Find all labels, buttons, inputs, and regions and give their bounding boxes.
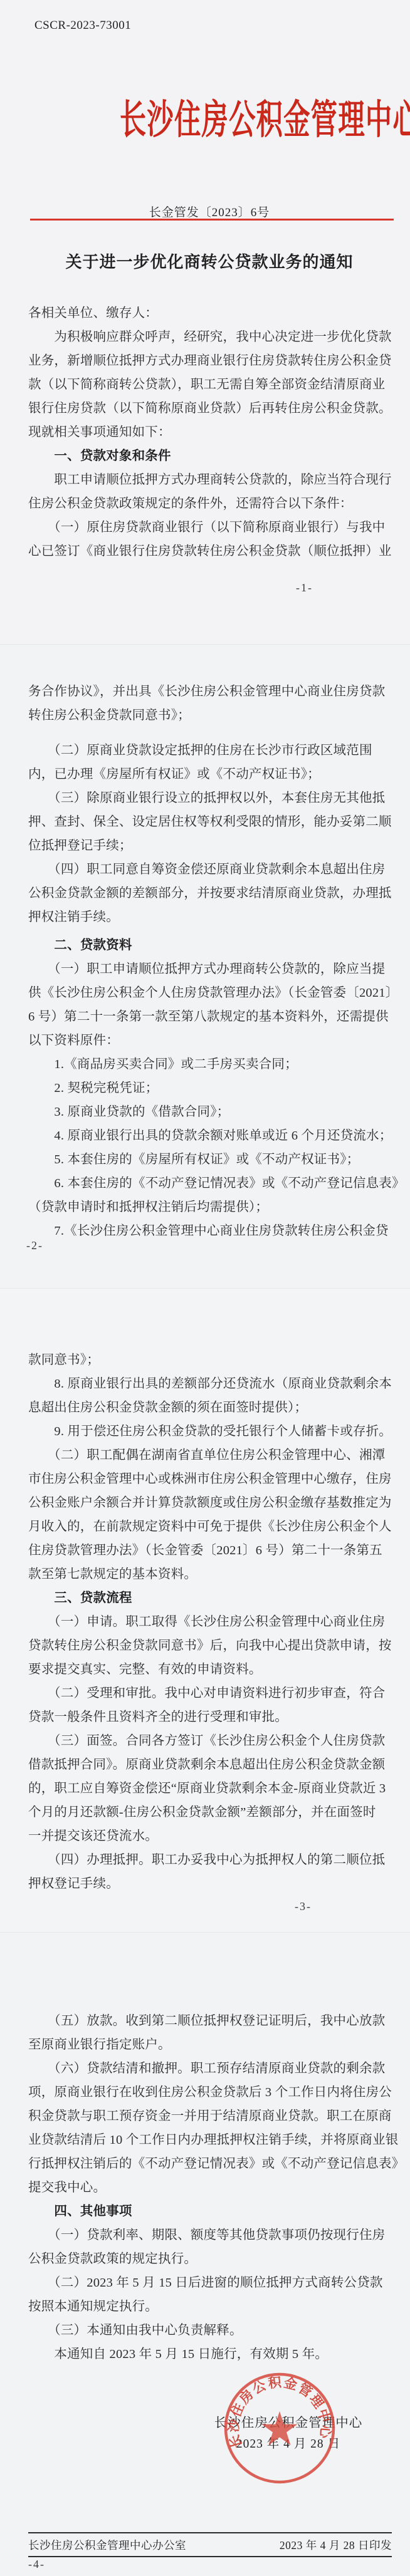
page-number-2: -2- — [26, 1239, 43, 1252]
scanned-official-document: CSCR-2023-73001 长沙住房公积金管理中心文件 长金管发〔2023〕… — [0, 0, 410, 2576]
body-line: 住房公积金贷款政策规定的条件外，还需符合以下条件： — [28, 492, 395, 516]
body-line: 要求提交真实、完整、有效的申请资料。 — [28, 1658, 395, 1681]
page-2: 务合作协议》，并出具《长沙住房公积金管理中心商业住房贷款 转住房公积金贷款同意书… — [0, 644, 410, 1289]
red-divider-rule — [30, 219, 394, 221]
body-line: 积金贷款与职工预存资金一并用于结清原商业贷款。职工在原商 — [28, 2104, 395, 2128]
body-line: 至原商业银行指定账户。 — [28, 2033, 395, 2057]
signing-date: 2023 年 4 月 28 日 — [188, 2434, 389, 2455]
body-line: 押权注销手续。 — [28, 905, 395, 929]
body-line: 个月的月还款额-住房公积金贷款金额”差额部分，并在面签时 — [28, 1800, 395, 1824]
doc-number: 长金管发〔2023〕6号 — [28, 203, 391, 220]
body-line: 按照本通知规定执行。 — [28, 2295, 395, 2319]
section-heading-4: 四、其他事项 — [28, 2199, 395, 2223]
body-line: （四）办理抵押。职工办妥我中心为抵押权人的第二顺位抵 — [28, 1848, 395, 1872]
body-line: 公积金账户余额合并计算贷款额度或住房公积金缴存基数推定为 — [28, 1491, 395, 1515]
body-line: 6 号）第二十一条第一款至第八款规定的基本资料外，还需提供 — [28, 1005, 395, 1029]
section-heading-1: 一、贷款对象和条件 — [28, 444, 395, 468]
body-line: 贷款转住房公积金贷款同意书》后，向我中心提出贷款申请，按 — [28, 1634, 395, 1658]
footer-rule-bottom — [28, 2556, 392, 2557]
body-line: （一）申请。职工取得《长沙住房公积金管理中心商业住房 — [28, 1610, 395, 1634]
section-heading-2: 二、贷款资料 — [28, 933, 395, 957]
signing-org: 长沙住房公积金管理中心 — [188, 2412, 389, 2434]
list-item: 2. 契税完税凭证； — [28, 1076, 395, 1100]
body-line: 为积极响应群众呼声，经研究，我中心决定进一步优化贷款 — [28, 325, 395, 349]
list-item: 7.《长沙住房公积金管理中心商业住房贷款转住房公积金贷 — [28, 1219, 395, 1243]
body-line: （三）本通知由我中心负责解释。 — [28, 2319, 395, 2342]
page-4-body: （五）放款。收到第二顺位抵押权登记证明后，我中心放款 至原商业银行指定账户。 （… — [28, 2009, 395, 2366]
body-line: 职工申请顺位抵押方式办理商转公贷款的，除应当符合现行 — [28, 468, 395, 492]
body-line: 息超出住房公积金贷款金额的须在面签时提供）； — [28, 1396, 395, 1420]
body-line: 业贷款结清后 10 个工作日内办理抵押权注销手续，并将原商业银 — [28, 2128, 395, 2152]
body-line: （二）职工配偶在湖南省直单位住房公积金管理中心、湘潭 — [28, 1443, 395, 1467]
body-line: 行抵押权注销后的《不动产登记情况表》或《不动产登记信息表》 — [28, 2152, 395, 2176]
body-line: 务合作协议》，并出具《长沙住房公积金管理中心商业住房贷款 — [28, 680, 395, 704]
page-2-body: 务合作协议》，并出具《长沙住房公积金管理中心商业住房贷款 转住房公积金贷款同意书… — [28, 680, 395, 1243]
page-number-1: -1- — [296, 581, 313, 595]
body-line: 位抵押登记手续； — [28, 834, 395, 858]
body-line: 押、查封、保全、设定居住权等权利受限的情形，能办妥第二顺 — [28, 810, 395, 834]
body-line: （五）放款。收到第二顺位抵押权登记证明后，我中心放款 — [28, 2009, 395, 2033]
list-item: 8. 原商业银行出具的差额部分还贷流水（原商业贷款剩余本 — [28, 1372, 395, 1396]
footer-office: 长沙住房公积金管理中心办公室 — [28, 2535, 186, 2555]
body-line: 公积金贷款政策的规定执行。 — [28, 2247, 395, 2271]
body-line: （一）原住房贷款商业银行（以下简称原商业银行）与我中 — [28, 516, 395, 539]
page-3: 款同意书》； 8. 原商业银行出具的差额部分还贷流水（原商业贷款剩余本 息超出住… — [0, 1288, 410, 1933]
page-1: CSCR-2023-73001 长沙住房公积金管理中心文件 长金管发〔2023〕… — [0, 0, 410, 644]
body-line: 银行住房贷款（以下简称原商业贷款）后再转住房公积金贷款。 — [28, 397, 395, 420]
body-line: 押权登记手续。 — [28, 1872, 395, 1896]
body-line: 款同意书》； — [28, 1348, 395, 1372]
body-line: 款（以下简称商转公贷款），职工无需自筹全部资金结清原商业 — [28, 373, 395, 397]
body-line: 的，职工应自筹资金偿还“原商业贷款剩余本金-原商业贷款近 3 — [28, 1777, 395, 1800]
list-item: 3. 原商业贷款的《借款合同》； — [28, 1100, 395, 1124]
body-line: 内，已办理《房屋所有权证》或《不动产权证书》； — [28, 762, 395, 786]
body-line: 一并提交该还贷流水。 — [28, 1824, 395, 1848]
body-line: 公积金贷款金额的差额部分，并按要求结清原商业贷款，办理抵 — [28, 881, 395, 905]
list-item: 1.《商品房买卖合同》或二手房买卖合同； — [28, 1052, 395, 1076]
body-line: 月收入的，在前款规定资料中可免于提供《长沙住房公积金个人 — [28, 1515, 395, 1539]
notice-title: 关于进一步优化商转公贷款业务的通知 — [28, 252, 391, 273]
body-line: 心已签订《商业银行住房贷款转住房公积金贷款（顺位抵押）业 — [28, 539, 395, 563]
masthead-title: 长沙住房公积金管理中心文件 — [120, 98, 410, 143]
body-line: （贷款申请时和抵押权注销后均需提供）； — [28, 1195, 395, 1219]
doc-code: CSCR-2023-73001 — [34, 19, 131, 33]
body-line: （六）贷款结清和撤押。职工预存结清原商业贷款的剩余款 — [28, 2057, 395, 2080]
body-line: 款至第七款规定的基本资料。 — [28, 1562, 395, 1586]
signature-block: 长沙住房公积金管理中心 2023 年 4 月 28 日 — [188, 2412, 389, 2455]
list-item: 9. 用于偿还住房公积金贷款的受托银行个人储蓄卡或存折。 — [28, 1420, 395, 1443]
body-line: （三）除原商业银行设立的抵押权以外，本套住房无其他抵 — [28, 786, 395, 810]
list-item: 4. 原商业银行出具的贷款余额对账单或近 6 个月还贷流水； — [28, 1124, 395, 1148]
body-line: （二）受理和审批。我中心对申请资料进行初步审查，符合 — [28, 1681, 395, 1705]
page-number-3: -3- — [295, 1900, 312, 1913]
section-heading-3: 三、贷款流程 — [28, 1586, 395, 1610]
list-item: 5. 本套住房的《房屋所有权证》或《不动产权证书》； — [28, 1148, 395, 1171]
body-line: （一）职工申请顺位抵押方式办理商转公贷款的，除应当提 — [28, 957, 395, 981]
page-1-body: 各相关单位、缴存人： 为积极响应群众呼声，经研究，我中心决定进一步优化贷款 业务… — [28, 301, 395, 563]
body-line: 市住房公积金管理中心或株洲市住房公积金管理中心缴存，住房 — [28, 1467, 395, 1491]
body-line: 各相关单位、缴存人： — [28, 301, 395, 325]
body-line: 现就相关事项通知如下： — [28, 420, 395, 444]
footer-issue-date: 2023 年 4 月 28 日印发 — [280, 2535, 392, 2555]
body-line: 业务，新增顺位抵押方式办理商业银行住房贷款转住房公积金贷 — [28, 349, 395, 373]
body-line: （三）面签。合同各方签订《长沙住房公积金个人住房贷款 — [28, 1729, 395, 1753]
body-line: （二）原商业贷款设定抵押的住房在长沙市行政区域范围 — [28, 739, 395, 762]
list-item: 6. 本套住房的《不动产登记情况表》或《不动产登记信息表》 — [28, 1171, 395, 1195]
body-line: 贷款一般条件且资料齐全的进行受理和审批。 — [28, 1705, 395, 1729]
footer-row: 长沙住房公积金管理中心办公室 2023 年 4 月 28 日印发 — [28, 2535, 392, 2555]
body-line: 本通知自 2023 年 5 月 15 日施行，有效期 5 年。 — [28, 2342, 395, 2366]
body-line: 借款抵押合同》。原商业贷款剩余本息超出住房公积金贷款金额 — [28, 1753, 395, 1777]
masthead: 长沙住房公积金管理中心文件 — [28, 98, 391, 143]
body-line: 转住房公积金贷款同意书》； — [28, 704, 395, 727]
footer-rule-top — [28, 2532, 392, 2533]
body-line: 提交我中心。 — [28, 2176, 395, 2199]
page-4: （五）放款。收到第二顺位抵押权登记证明后，我中心放款 至原商业银行指定账户。 （… — [0, 1932, 410, 2576]
body-line: 供《长沙住房公积金个人住房贷款管理办法》（长金管委〔2021〕 — [28, 981, 395, 1005]
page-3-body: 款同意书》； 8. 原商业银行出具的差额部分还贷流水（原商业贷款剩余本 息超出住… — [28, 1348, 395, 1896]
body-line: 项，原商业银行在收到住房公积金贷款后 3 个工作日内将住房公 — [28, 2080, 395, 2104]
body-line: （四）职工同意自筹资金偿还原商业贷款剩余本息超出住房 — [28, 858, 395, 881]
body-line: 以下资料原件： — [28, 1029, 395, 1052]
body-line: 住房贷款管理办法》（长金管委〔2021〕6 号）第二十一条第五 — [28, 1539, 395, 1562]
body-line: （二）2023 年 5 月 15 日后进窗的顺位抵押方式商转公贷款 — [28, 2271, 395, 2295]
body-line: （一）贷款利率、期限、额度等其他贷款事项仍按现行住房 — [28, 2223, 395, 2247]
page-number-4: -4- — [28, 2558, 45, 2571]
